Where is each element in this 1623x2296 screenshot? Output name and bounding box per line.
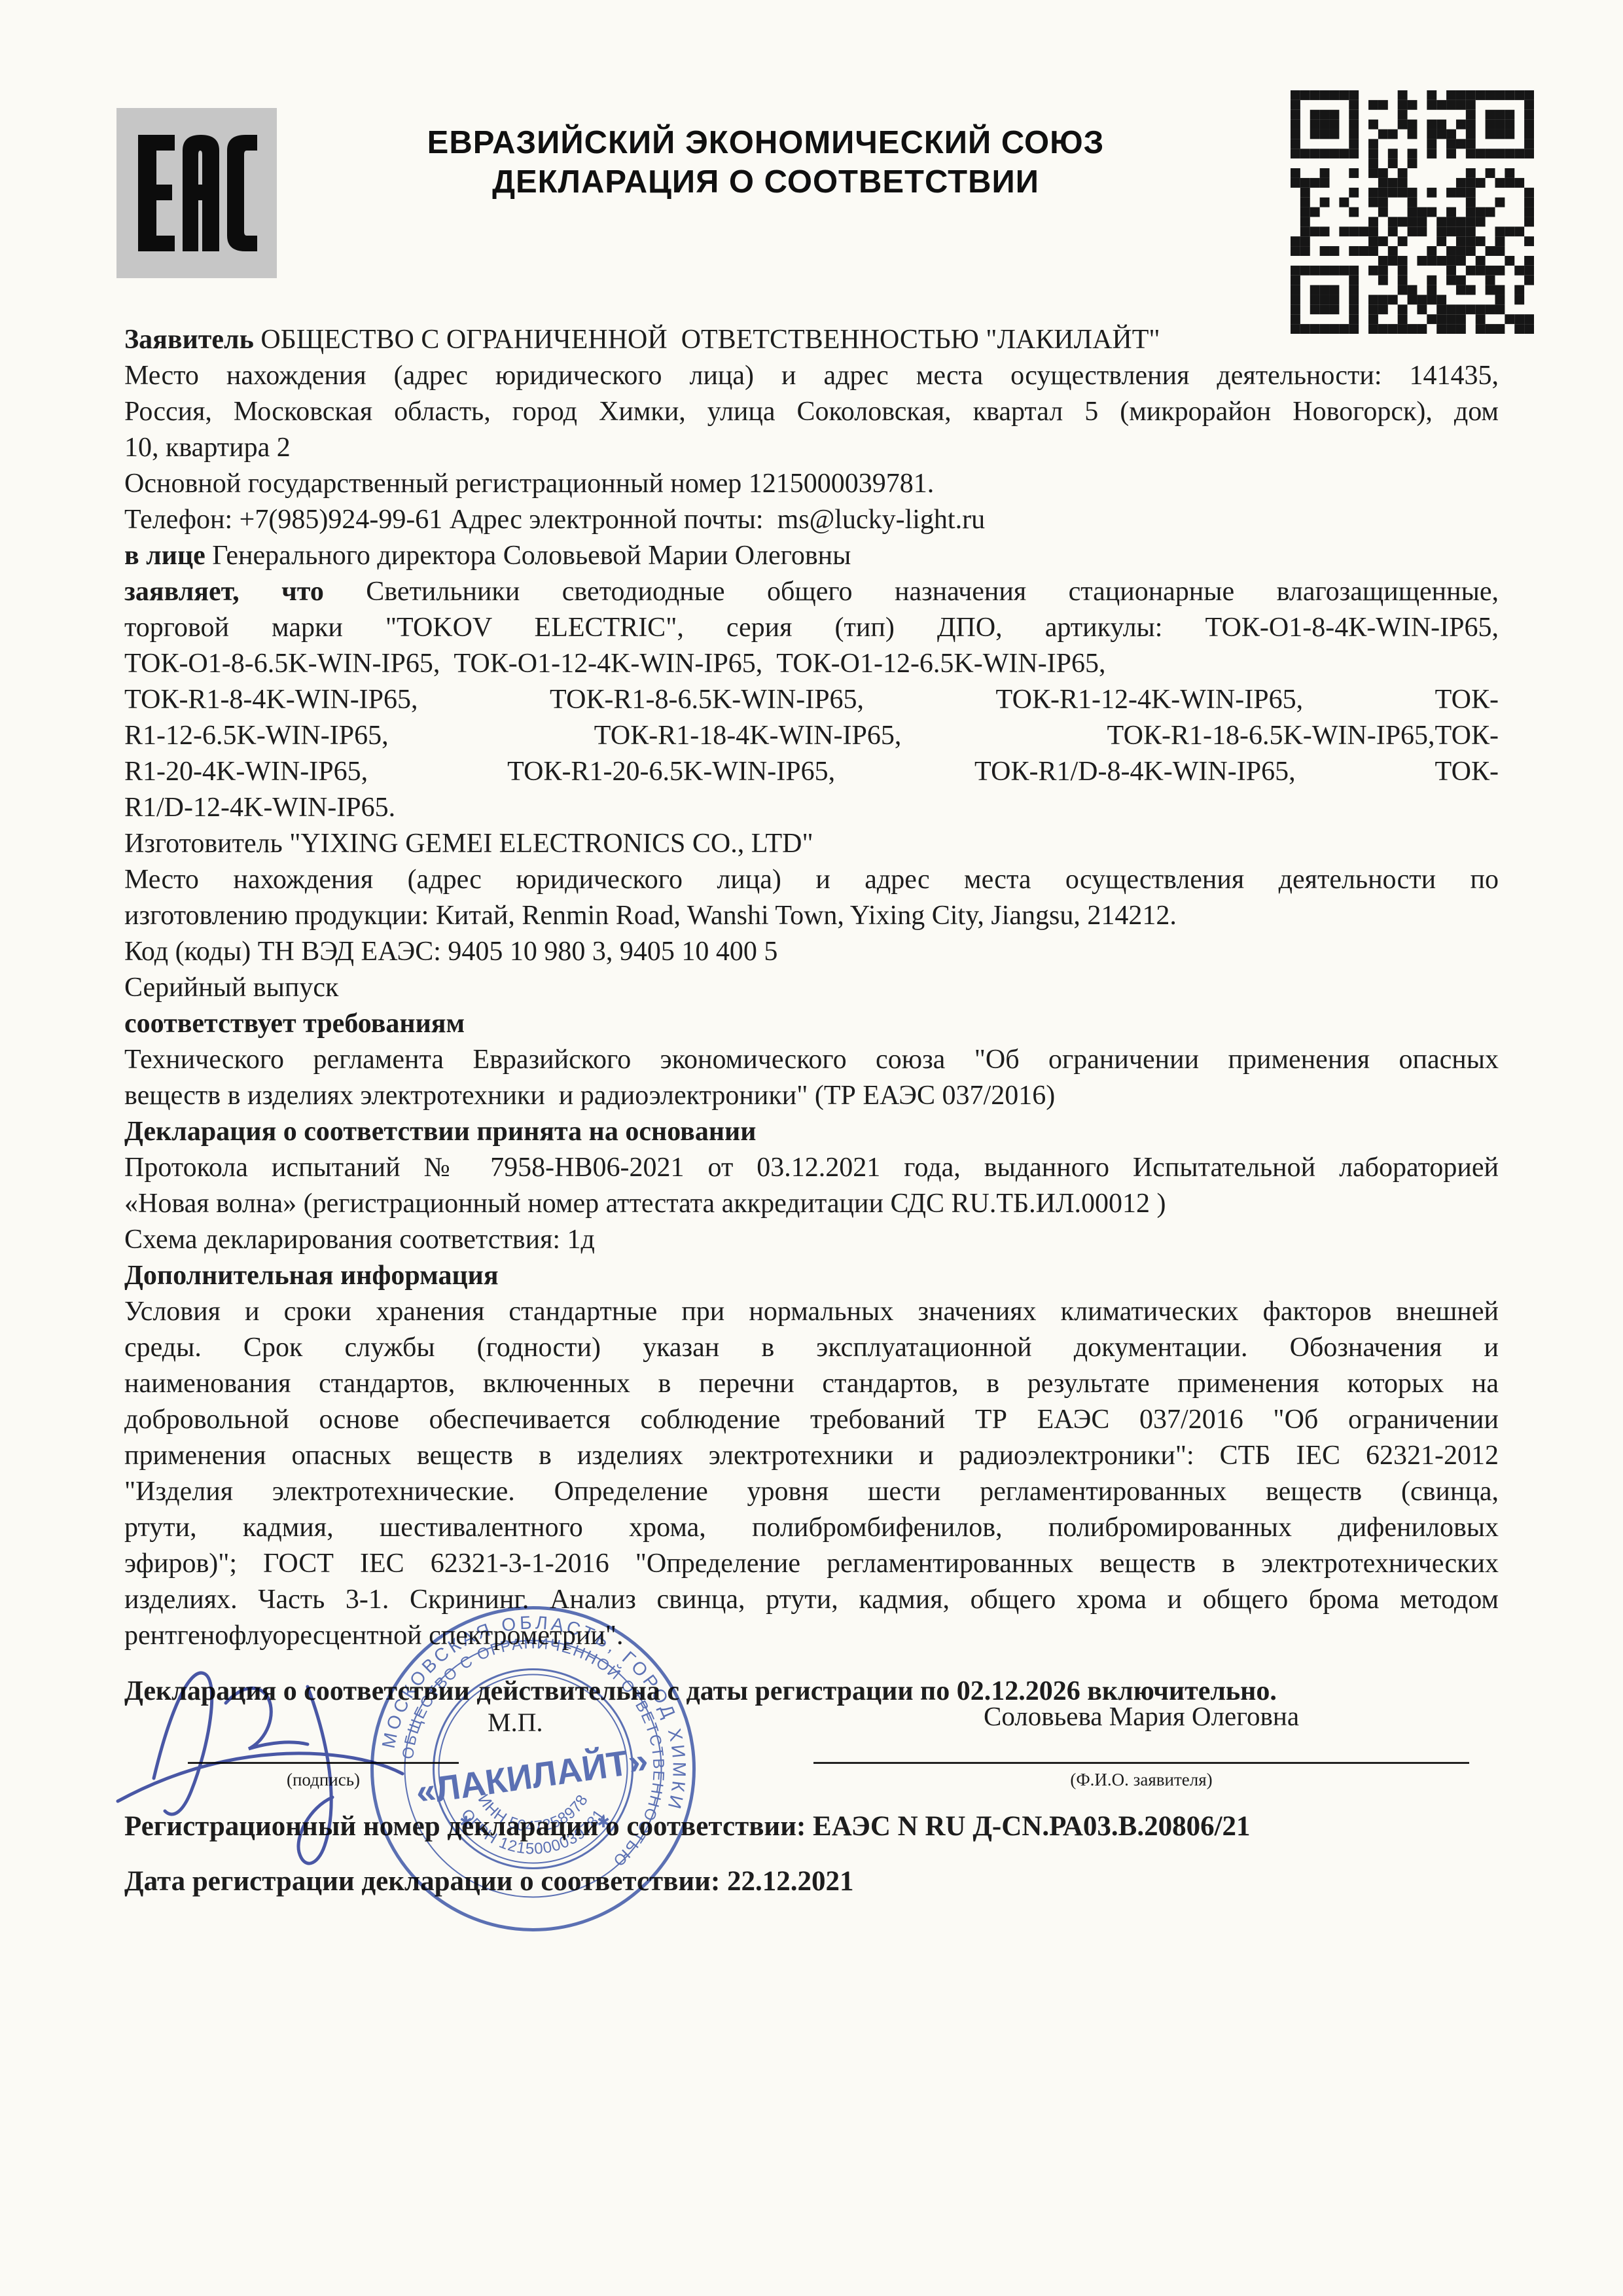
body-line: Телефон: +7(985)924-99-61 Адрес электрон… [124, 502, 1499, 538]
declaration-document: ЕВРАЗИЙСКИЙ ЭКОНОМИЧЕСКИЙ СОЮЗ ДЕКЛАРАЦИ… [0, 0, 1623, 2296]
signer-name: Соловьева Мария Олеговна [813, 1700, 1469, 1732]
body-line: Основной государственный регистрационный… [124, 466, 1499, 502]
body-line: изготовлению продукции: Китай, Renmin Ro… [124, 898, 1499, 934]
body-line: Протокола испытаний № 7958-НВ06-2021 от … [124, 1150, 1499, 1186]
body-line: Схема декларирования соответствия: 1д [124, 1222, 1499, 1258]
body-line: «Новая волна» (регистрационный номер атт… [124, 1186, 1499, 1222]
qr-code [1291, 90, 1534, 334]
body-line: R1-12-6.5K-WIN-IP65, ТОК-R1-18-4K-WIN-IP… [124, 718, 1499, 754]
body-line: среды. Срок службы (годности) указан в э… [124, 1330, 1499, 1366]
document-header: ЕВРАЗИЙСКИЙ ЭКОНОМИЧЕСКИЙ СОЮЗ ДЕКЛАРАЦИ… [275, 123, 1257, 202]
body-line: применения опасных веществ в изделиях эл… [124, 1438, 1499, 1474]
body-line: веществ в изделиях электротехники и ради… [124, 1078, 1499, 1114]
signature-scribble [92, 1611, 517, 1893]
body-line: Декларация о соответствии принята на осн… [124, 1114, 1499, 1150]
body-line: R1-20-4K-WIN-IP65, ТОК-R1-20-6.5K-WIN-IP… [124, 754, 1499, 790]
body-line: ТОК-О1-8-6.5K-WIN-IP65, ТОК-О1-12-4K-WIN… [124, 646, 1499, 682]
body-line: ртути, кадмия, шестивалентного хрома, по… [124, 1510, 1499, 1546]
body-line: R1/D-12-4K-WIN-IP65. [124, 790, 1499, 826]
body-line: ТОК-R1-8-4K-WIN-IP65, ТОК-R1-8-6.5K-WIN-… [124, 682, 1499, 718]
body-line: заявляет, что Светильники светодиодные о… [124, 574, 1499, 610]
body-line: добровольной основе обеспечивается соблю… [124, 1402, 1499, 1438]
body-line: соответствует требованиям [124, 1006, 1499, 1042]
body-line: эфиров)"; ГОСТ IEC 62321-3-1-2016 "Опред… [124, 1546, 1499, 1582]
body-line: Дополнительная информация [124, 1258, 1499, 1294]
page-title-line1: ЕВРАЗИЙСКИЙ ЭКОНОМИЧЕСКИЙ СОЮЗ [275, 123, 1257, 162]
body-line: в лице Генерального директора Соловьевой… [124, 538, 1499, 574]
body-line: Заявитель ОБЩЕСТВО С ОГРАНИЧЕННОЙ ОТВЕТС… [124, 322, 1499, 358]
body-line: наименования стандартов, включенных в пе… [124, 1366, 1499, 1402]
eac-logo-glyphs [132, 121, 262, 265]
body-line: Россия, Московская область, город Химки,… [124, 394, 1499, 430]
body-line: Код (коды) ТН ВЭД ЕАЭС: 9405 10 980 3, 9… [124, 934, 1499, 970]
body-line: торговой марки "TOKOV ELECTRIC", серия (… [124, 610, 1499, 646]
body-line: "Изделия электротехнические. Определение… [124, 1474, 1499, 1510]
body-line: Место нахождения (адрес юридического лиц… [124, 862, 1499, 898]
body-line: Условия и сроки хранения стандартные при… [124, 1294, 1499, 1330]
page-title-line2: ДЕКЛАРАЦИЯ О СООТВЕТСТВИИ [275, 162, 1257, 202]
body-line: Технического регламента Евразийского эко… [124, 1042, 1499, 1078]
stamp-star-right: ✱ [597, 1814, 610, 1831]
body-line: Изготовитель "YIXING GEMEI ELECTRONICS C… [124, 826, 1499, 862]
body-text: Заявитель ОБЩЕСТВО С ОГРАНИЧЕННОЙ ОТВЕТС… [124, 322, 1499, 1654]
body-line: 10, квартира 2 [124, 430, 1499, 466]
body-line: Серийный выпуск [124, 970, 1499, 1006]
eac-logo [116, 108, 277, 278]
fio-line [813, 1762, 1469, 1764]
body-line: Место нахождения (адрес юридического лиц… [124, 358, 1499, 394]
name-caption: (Ф.И.О. заявителя) [813, 1770, 1469, 1790]
